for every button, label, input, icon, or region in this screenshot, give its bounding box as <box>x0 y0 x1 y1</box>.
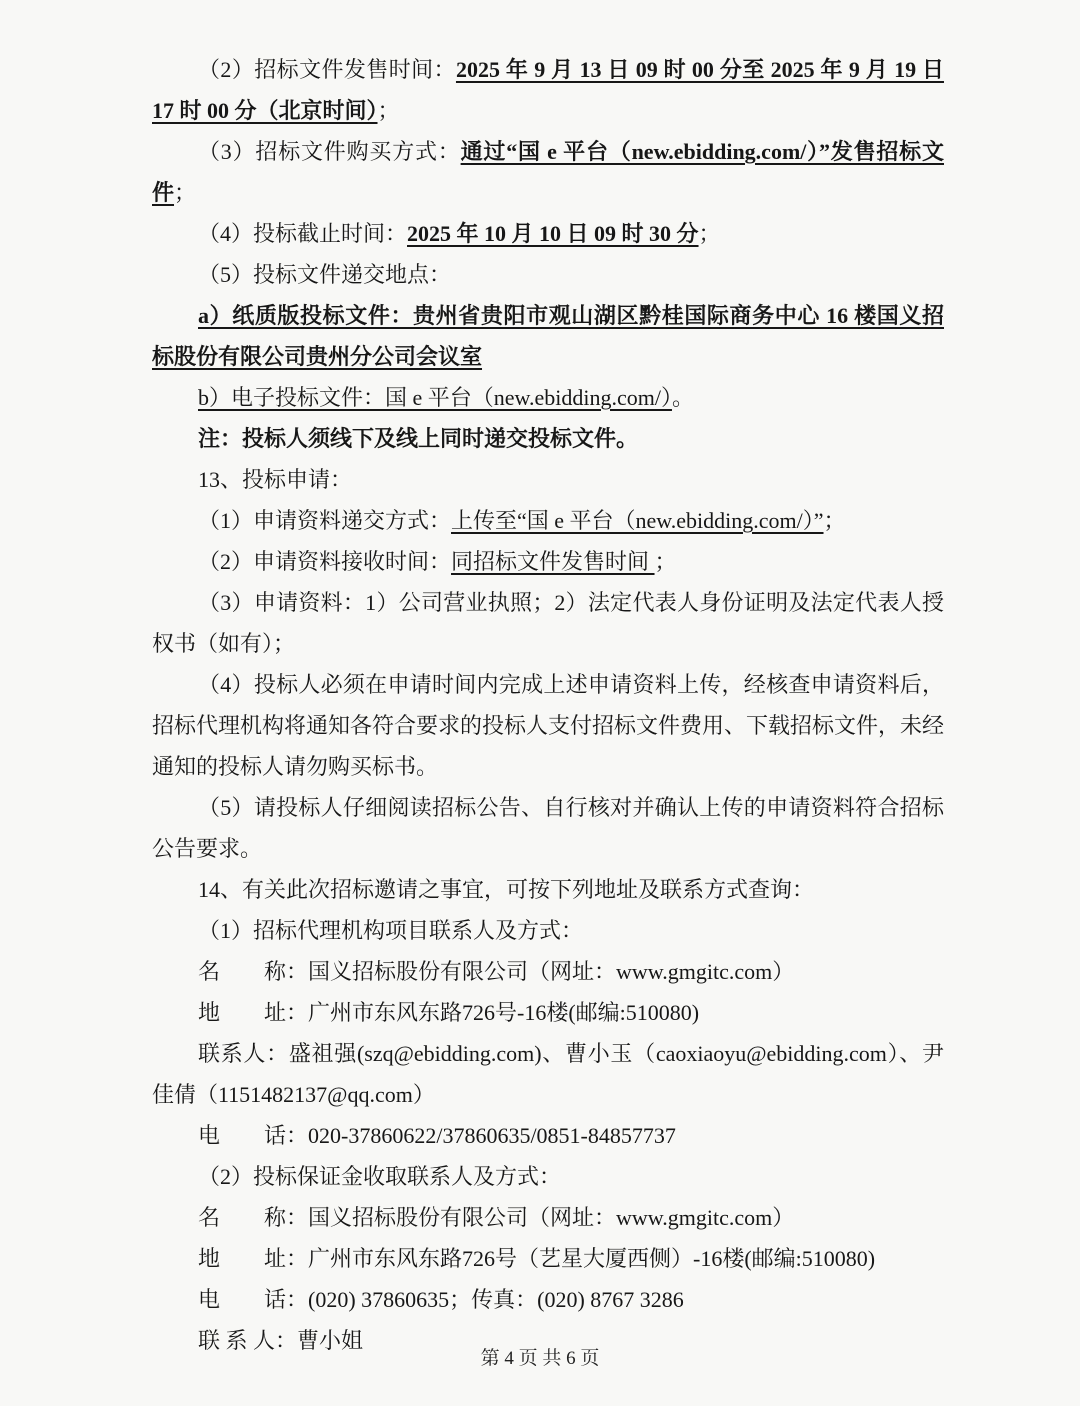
contact-name: 名 称：国义招标股份有限公司（网址：www.gmgitc.com） <box>198 959 794 984</box>
para-doc-sale-time: （2）招标文件发售时间：2025 年 9 月 13 日 09 时 00 分至 2… <box>152 49 944 131</box>
label-text: （2）招标文件发售时间： <box>198 57 456 82</box>
document-body: （2）招标文件发售时间：2025 年 9 月 13 日 09 时 00 分至 2… <box>152 49 944 1361</box>
para-submission-location: （5）投标文件递交地点： <box>152 254 944 295</box>
para-section-13-heading: 13、投标申请： <box>152 459 944 500</box>
contact-persons: 联系人：盛祖强(szq@ebidding.com)、曹小玉（caoxiaoyu@… <box>152 1041 944 1107</box>
heading-text: （2）投标保证金收取联系人及方式： <box>198 1164 561 1189</box>
para-agency-name: 名 称：国义招标股份有限公司（网址：www.gmgitc.com） <box>152 951 944 992</box>
heading-text: （1）招标代理机构项目联系人及方式： <box>198 918 583 943</box>
label-text: （3）招标文件购买方式： <box>198 139 461 164</box>
heading-text: 13、投标申请： <box>198 467 352 492</box>
para-deposit-address: 地 址：广州市东风东路726号（艺星大厦西侧）-16楼(邮编:510080) <box>152 1238 944 1279</box>
label-text: （4）投标截止时间： <box>198 221 407 246</box>
body-text: （5）请投标人仔细阅读招标公告、自行核对并确认上传的申请资料符合招标公告要求。 <box>152 795 944 861</box>
page-footer: 第 4 页 共 6 页 <box>0 1343 1080 1370</box>
para-note: 注：投标人须线下及线上同时递交投标文件。 <box>152 418 944 459</box>
contact-address: 地 址：广州市东风东路726号（艺星大厦西侧）-16楼(邮编:510080) <box>198 1246 875 1271</box>
punctuation: ； <box>655 549 677 574</box>
filled-field: 同招标文件发售时间 <box>451 549 655 574</box>
body-text: （4）投标人必须在申请时间内完成上述申请资料上传，经核查申请资料后，招标代理机构… <box>152 672 944 779</box>
punctuation: ； <box>699 221 721 246</box>
filled-field: 上传至“国 e 平台（new.ebidding.com/）” <box>451 508 824 533</box>
contact-address: 地 址：广州市东风东路726号-16楼(邮编:510080) <box>198 1000 699 1025</box>
contact-phone: 电 话：(020) 37860635；传真：(020) 8767 3286 <box>198 1287 684 1312</box>
para-doc-purchase-method: （3）招标文件购买方式：通过“国 e 平台（new.ebidding.com/）… <box>152 131 944 213</box>
para-apply-submit-method: （1）申请资料递交方式：上传至“国 e 平台（new.ebidding.com/… <box>152 500 944 541</box>
punctuation: ； <box>174 180 196 205</box>
para-apply-confirm-requirement: （5）请投标人仔细阅读招标公告、自行核对并确认上传的申请资料符合招标公告要求。 <box>152 787 944 869</box>
para-agency-address: 地 址：广州市东风东路726号-16楼(邮编:510080) <box>152 992 944 1033</box>
para-apply-upload-requirement: （4）投标人必须在申请时间内完成上述申请资料上传，经核查申请资料后，招标代理机构… <box>152 664 944 787</box>
punctuation: ； <box>824 508 846 533</box>
para-deposit-contact-heading: （2）投标保证金收取联系人及方式： <box>152 1156 944 1197</box>
punctuation: 。 <box>672 385 694 410</box>
punctuation: ； <box>378 98 400 123</box>
contact-phone: 电 话：020-37860622/37860635/0851-84857737 <box>198 1123 676 1148</box>
label-text: （1）申请资料递交方式： <box>198 508 451 533</box>
label-text: （2）申请资料接收时间： <box>198 549 451 574</box>
para-apply-materials: （3）申请资料：1）公司营业执照；2）法定代表人身份证明及法定代表人授权书（如有… <box>152 582 944 664</box>
note-text: 注：投标人须线下及线上同时递交投标文件。 <box>198 426 638 451</box>
filled-field: 2025 年 10 月 10 日 09 时 30 分 <box>407 221 699 246</box>
para-deposit-name: 名 称：国义招标股份有限公司（网址：www.gmgitc.com） <box>152 1197 944 1238</box>
para-agency-contact-heading: （1）招标代理机构项目联系人及方式： <box>152 910 944 951</box>
para-deposit-phone: 电 话：(020) 37860635；传真：(020) 8767 3286 <box>152 1279 944 1320</box>
document-page: （2）招标文件发售时间：2025 年 9 月 13 日 09 时 00 分至 2… <box>0 0 1080 1406</box>
para-apply-receive-time: （2）申请资料接收时间：同招标文件发售时间 ； <box>152 541 944 582</box>
para-electronic-bid-location: b）电子投标文件：国 e 平台（new.ebidding.com/）。 <box>152 377 944 418</box>
para-bid-deadline: （4）投标截止时间：2025 年 10 月 10 日 09 时 30 分； <box>152 213 944 254</box>
filled-field: a）纸质版投标文件：贵州省贵阳市观山湖区黔桂国际商务中心 16 楼国义招标股份有… <box>152 303 944 369</box>
para-agency-contacts: 联系人：盛祖强(szq@ebidding.com)、曹小玉（caoxiaoyu@… <box>152 1033 944 1115</box>
body-text: （3）申请资料：1）公司营业执照；2）法定代表人身份证明及法定代表人授权书（如有… <box>152 590 944 656</box>
label-text: （5）投标文件递交地点： <box>198 262 451 287</box>
para-paper-bid-location: a）纸质版投标文件：贵州省贵阳市观山湖区黔桂国际商务中心 16 楼国义招标股份有… <box>152 295 944 377</box>
heading-text: 14、有关此次招标邀请之事宜，可按下列地址及联系方式查询： <box>198 877 814 902</box>
contact-name: 名 称：国义招标股份有限公司（网址：www.gmgitc.com） <box>198 1205 794 1230</box>
filled-field: b）电子投标文件：国 e 平台（new.ebidding.com/） <box>198 385 672 410</box>
para-agency-phone: 电 话：020-37860622/37860635/0851-84857737 <box>152 1115 944 1156</box>
para-section-14-heading: 14、有关此次招标邀请之事宜，可按下列地址及联系方式查询： <box>152 869 944 910</box>
